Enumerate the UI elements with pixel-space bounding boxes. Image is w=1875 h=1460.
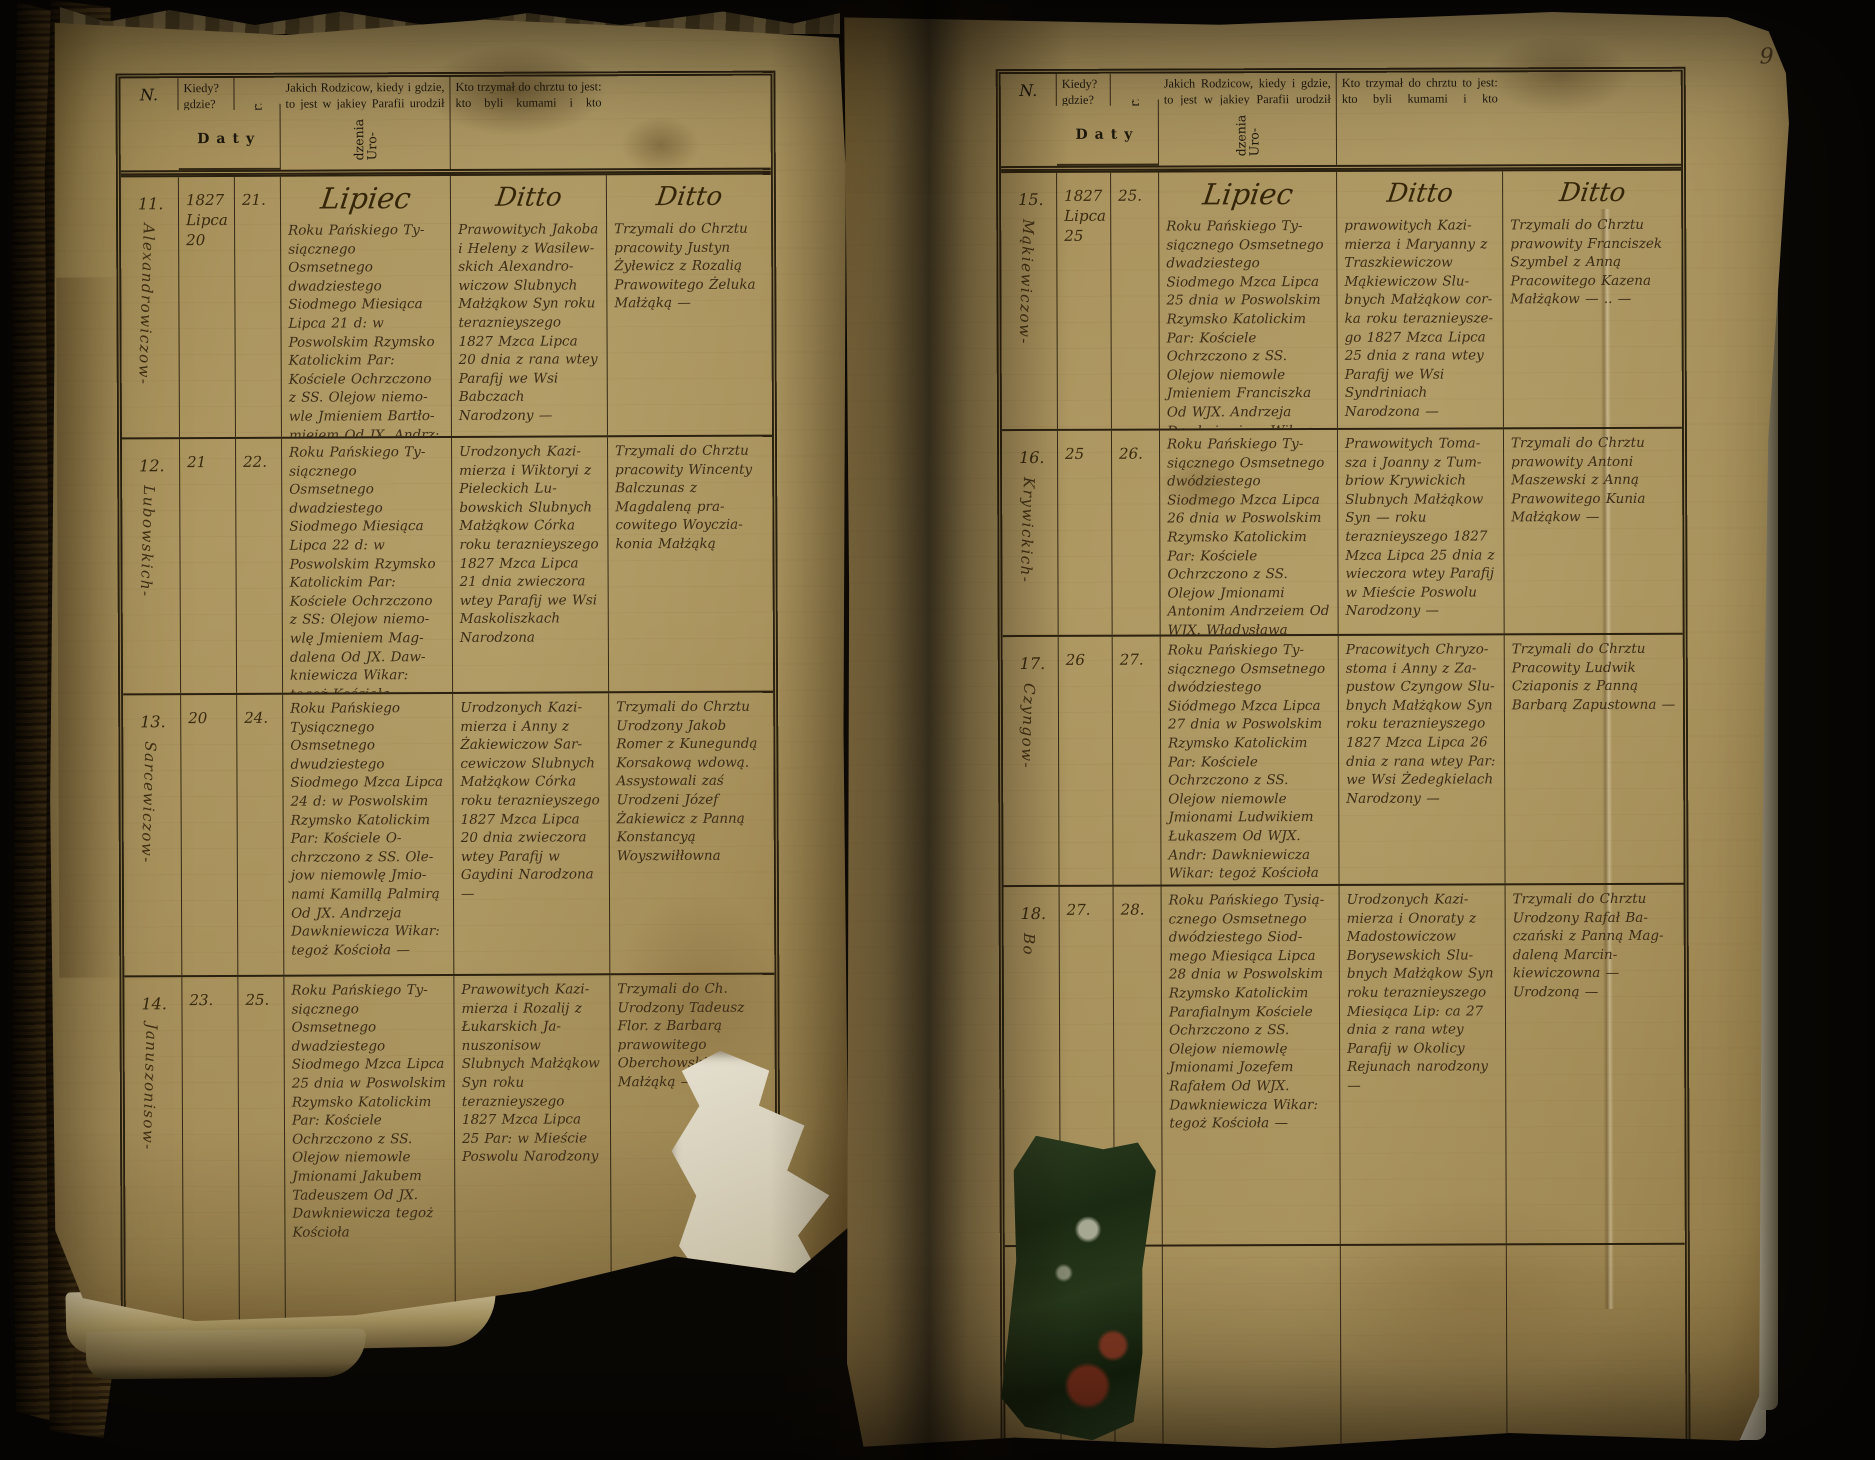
baptism-entry-cell: Roku Pańskiego Tysią­cznego Osmsetnego d… <box>283 694 454 975</box>
parents-entry-text: Pracowitych Chryzo­stoma i Anny z Za­pus… <box>1346 640 1498 808</box>
paper-tear <box>668 1050 844 1301</box>
godparents-entry-text: Trzymali do Chrztu Urodzony Jakob Romer … <box>616 698 767 866</box>
baptism-date-cell: 24. <box>237 695 284 975</box>
right-page: 9 N. Daty Uro- dzenia Chrztu Kiedy? gdzi… <box>839 8 1794 1449</box>
parents-entry-text: Prawowitych Jakoba i Heleny z Wasilew­sk… <box>458 220 600 425</box>
ditto-heading: Ditto <box>611 180 766 221</box>
godparents-entry-text: Trzymali do Chrztu pracowity Wincen­ty B… <box>615 442 765 554</box>
ditto-heading: Ditto <box>455 180 601 221</box>
header-godparents-question: Kto trzymał do chrztu to jest: kto byli … <box>450 76 606 109</box>
record-number: 17. <box>1010 642 1051 673</box>
header-urodzenia-label: Uro- dzenia <box>1164 108 1331 163</box>
header-daty: Daty <box>179 110 281 170</box>
baptism-entry-text: Roku Pańskiego Ty­siącznego Osmsetnego d… <box>1167 435 1331 635</box>
number-cell: 11. Alexandrowiczow- <box>121 177 180 437</box>
header-chrztu: Chrztu <box>1111 100 1159 106</box>
baptism-entry-cell: Roku Pańskiego Ty­siącznego Osmsetnego d… <box>1161 636 1340 885</box>
register-row-12: 12. Lubowskich- 21 22. Roku Pańskiego Ty… <box>122 435 773 694</box>
ditto-heading: Ditto <box>1507 176 1676 217</box>
record-number: 11. <box>128 182 171 213</box>
birth-date-cell: 1827 Lipca 25 <box>1057 173 1112 429</box>
baptism-entry-text: Roku Pańskiego Ty­siącznego Osmsetnego d… <box>1166 217 1330 429</box>
record-number: 12. <box>129 444 172 475</box>
table-header: N. Daty Uro- dzenia Chrztu Kiedy? gdzie?… <box>120 76 770 176</box>
margin-family-name: Mąkiewiczow- <box>1015 219 1037 345</box>
baptism-date-cell: 25. <box>238 977 286 1327</box>
godparents-entry-cell-empty <box>1507 1245 1686 1452</box>
margin-family-name: Alexandrowiczow- <box>135 223 158 386</box>
baptism-entry-text: Roku Pańskiego Tysią­cznego Osmsetnego d… <box>1169 891 1333 1133</box>
godparents-entry-text: Trzymali do Chrztu Pracowity Ludwik Czia… <box>1512 640 1676 715</box>
header-number-column: N. <box>1001 74 1057 106</box>
parents-entry-cell: Prawowitych Toma­sza i Joanny z Tum­brio… <box>1338 429 1505 634</box>
parents-entry-text: Prawowitych Toma­sza i Joanny z Tum­brio… <box>1345 434 1497 620</box>
baptism-entry-text: Roku Pańskiego Tysią­cznego Osmsetnego d… <box>290 699 446 960</box>
number-cell: 15. Mąkiewiczow- <box>1001 173 1058 429</box>
header-number-column: N. <box>120 78 178 110</box>
number-cell: 16. Krywickich- <box>1002 431 1059 635</box>
register-row-15: 15. Mąkiewiczow- 1827 Lipca 25 25. Lipie… <box>1001 169 1682 429</box>
number-cell: 13. Sarcewiczow- <box>123 695 182 975</box>
header-daty: Daty <box>1057 106 1159 166</box>
baptism-date-cell: 27. <box>1113 637 1162 885</box>
parents-entry-cell: Pracowitych Chryzo­stoma i Anny z Za­pus… <box>1339 635 1506 884</box>
godparents-entry-text: Trzymali do Chrztu prawowity Antoni Masz… <box>1511 434 1675 528</box>
baptism-date-cell: 25. <box>1111 173 1160 429</box>
margin-family-name: Januszonisow- <box>139 1023 161 1151</box>
record-number: 13. <box>130 700 173 731</box>
parents-entry-text: Urodzonych Kazi­mierza i Anny z Żakiewic… <box>460 698 602 903</box>
baptism-entry-cell: Lipiec Roku Pańskiego Ty­siącznego Osmse… <box>281 176 452 437</box>
page-number: 9 <box>1760 44 1774 69</box>
number-cell: 12. Lubowskich- <box>122 439 181 693</box>
parents-entry-cell: Prawowitych Kazi­mierza i Rozalij z Łuka… <box>454 975 612 1326</box>
repair-patch <box>996 1134 1158 1443</box>
margin-family-name: Czyngow- <box>1018 683 1039 770</box>
godparents-entry-cell: Ditto Trzymali do Chrztu prawowity Fran­… <box>1503 171 1682 428</box>
parents-entry-text: Prawowitych Kazi­mierza i Rozalij z Łuka… <box>461 980 603 1167</box>
register-row-13: 13. Sarcewiczow- 20 24. Roku Pańskiego T… <box>123 691 774 976</box>
parents-entry-cell: Urodzonych Kazi­mierza i Wiktoryi z Piel… <box>452 437 609 692</box>
birth-date-cell: 25 <box>1058 431 1113 635</box>
number-cell: 14. Januszonisow- <box>124 977 184 1326</box>
margin-family-name: Sarcewiczow- <box>138 741 160 864</box>
left-page: N. Daty Uro- dzenia Chrztu Kiedy? gdzie?… <box>45 14 851 1321</box>
header-urodzenia: Uro- dzenia <box>1159 105 1337 166</box>
godparents-entry-text: Trzymali do Chrztu prawowity Fran­ciszek… <box>1510 216 1674 310</box>
parents-entry-text: prawowitych Kazi­mierza i Maryanny z Tra… <box>1344 216 1496 421</box>
margin-family-name: Lubowskich- <box>137 485 158 598</box>
godparents-entry-cell: Trzymali do Chrztu prawowity Antoni Masz… <box>1504 429 1683 634</box>
parents-entry-text: Urodzonych Kazi­mierza i Onoraty z Mados… <box>1347 890 1499 1095</box>
number-cell: 17. Czyngow- <box>1003 637 1060 885</box>
baptism-date-cell: 26. <box>1112 431 1161 635</box>
header-godparents-question: Kto trzymał do chrztu to jest: kto byli … <box>1337 72 1503 105</box>
scanned-register-photo: N. Daty Uro- dzenia Chrztu Kiedy? gdzie?… <box>0 0 1875 1460</box>
birth-date-cell: 23. <box>182 977 240 1327</box>
parents-entry-cell: Ditto prawowitych Kazi­mierza i Maryanny… <box>1337 171 1504 428</box>
baptism-entry-text: Roku Pańskiego Ty­siącznego Osmsetnego d… <box>289 443 445 693</box>
bottom-left-page-curl-under <box>86 1329 366 1380</box>
baptism-entry-cell: Lipiec Roku Pańskiego Ty­siącznego Osmse… <box>1159 172 1338 429</box>
baptism-entry-text: Roku Pańskiego Ty­siącznego Osmsetnego d… <box>291 981 447 1242</box>
register-row-17: 17. Czyngow- 26 27. Roku Pańskiego Ty­si… <box>1003 633 1684 885</box>
parents-entry-text: Urodzonych Kazi­mierza i Wiktoryi z Piel… <box>459 442 601 647</box>
baptism-entry-text: Roku Pańskiego Ty­siącznego Osmsetnego d… <box>1168 641 1332 883</box>
month-heading: Lipiec <box>285 181 445 222</box>
parents-entry-cell: Urodzonych Kazi­mierza i Onoraty z Mados… <box>1340 885 1507 1244</box>
baptism-entry-cell: Roku Pańskiego Ty­siącznego Osmsetnego d… <box>1160 430 1339 635</box>
godparents-entry-text: Trzymali do Chrztu Urodzony Rafał Ba­cza… <box>1513 890 1677 1002</box>
baptism-entry-cell: Roku Pańskiego Ty­siącznego Osmsetnego d… <box>282 438 453 693</box>
birth-date-cell: 20 <box>181 695 238 975</box>
baptism-entry-cell: Roku Pańskiego Tysią­cznego Osmsetnego d… <box>1162 886 1341 1245</box>
margin-family-name: Krywickich- <box>1017 477 1038 584</box>
birth-date-cell: 21 <box>180 439 237 693</box>
register-row-11: 11. Alexandrowiczow- 1827 Lipca 20 21. L… <box>121 173 772 438</box>
baptism-entry-cell-empty <box>1163 1246 1342 1452</box>
godparents-entry-cell: Trzymali do Chrztu pracowity Wincen­ty B… <box>608 437 773 692</box>
godparents-entry-cell: Ditto Trzymali do Chrztu pracowity Justy… <box>607 175 772 436</box>
birth-date-cell: 26 <box>1059 637 1114 885</box>
baptism-date-cell: 22. <box>236 439 283 693</box>
godparents-entry-cell: Trzymali do Chrztu Pracowity Ludwik Czia… <box>1505 635 1684 884</box>
record-number: 15. <box>1008 178 1049 209</box>
godparents-entry-cell: Trzymali do Chrztu Urodzony Rafał Ba­cza… <box>1506 885 1685 1244</box>
parents-entry-cell: Urodzonych Kazi­mierza i Anny z Żakiewic… <box>453 693 610 974</box>
header-chrztu: Chrztu <box>235 104 281 110</box>
record-number: 16. <box>1009 436 1050 467</box>
header-baptism-question: Kiedy? gdzie? kto i od ko­go? z samey wo… <box>178 78 234 110</box>
godparents-entry-cell: Trzymali do Chrztu Urodzony Jakob Romer … <box>609 693 774 974</box>
parents-entry-cell: Ditto Prawowitych Jakoba i Heleny z Wasi… <box>451 175 608 436</box>
baptism-entry-text: Roku Pańskiego Ty­siącznego Osmsetnego d… <box>288 221 444 437</box>
record-number: 18. <box>1011 892 1052 923</box>
header-urodzenia-label: Uro- dzenia <box>286 112 445 167</box>
godparents-entry-text: Trzymali do Chrztu pracowity Justyn Żyłe… <box>614 220 764 314</box>
ditto-heading: Ditto <box>1341 176 1497 217</box>
record-number: 14. <box>131 982 174 1013</box>
margin-family-name: Bo <box>1019 933 1038 957</box>
header-parents-question: Jakich Rodzicow, kiedy i gdzie, to jest … <box>280 77 450 110</box>
month-heading: Lipiec <box>1163 177 1331 218</box>
register-row-16: 16. Krywickich- 25 26. Roku Pańskiego Ty… <box>1002 427 1683 635</box>
table-header: N. Daty Uro- dzenia Chrztu Kiedy? gdzie?… <box>1001 72 1681 171</box>
baptism-date-cell: 21. <box>235 177 282 437</box>
header-urodzenia: Uro- dzenia <box>281 109 451 170</box>
header-baptism-question: Kiedy? gdzie? kto i od ko­go? z samey wo… <box>1057 74 1111 106</box>
header-parents-question: Jakich Rodzicow, kiedy i gdzie, to jest … <box>1159 73 1337 106</box>
birth-date-cell: 1827 Lipca 20 <box>179 177 236 437</box>
baptism-entry-cell: Roku Pańskiego Ty­siącznego Osmsetnego d… <box>284 976 456 1326</box>
parents-entry-cell-empty <box>1341 1245 1508 1452</box>
